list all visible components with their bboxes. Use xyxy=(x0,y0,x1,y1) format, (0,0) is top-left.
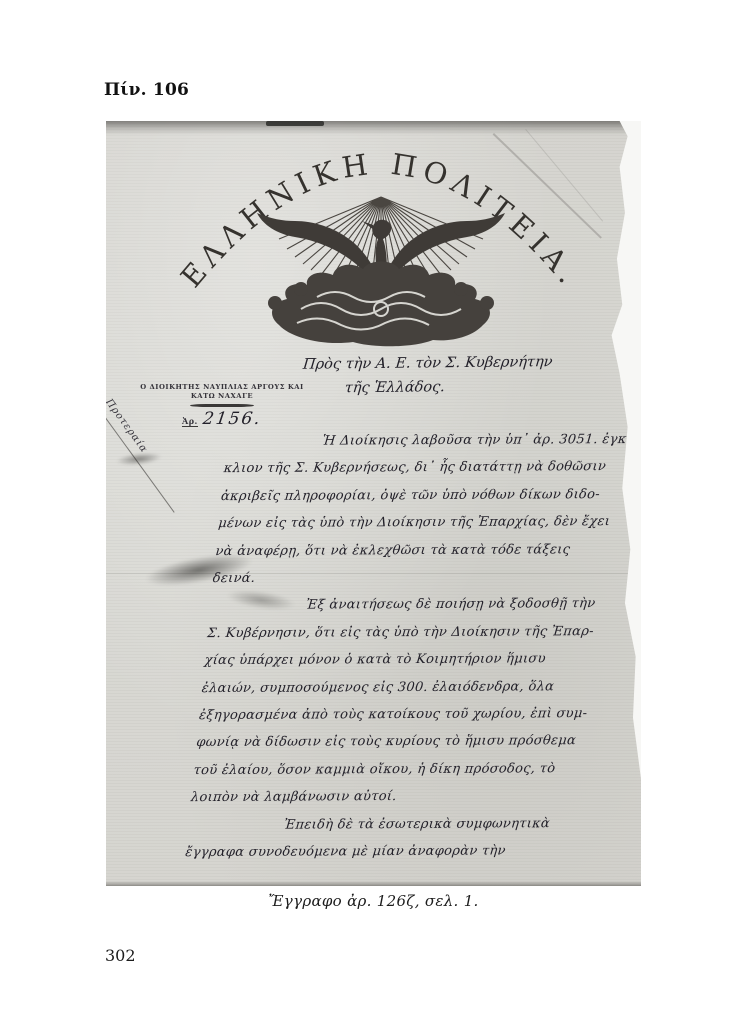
handwritten-line: ἐλαιών, συμποσούμενος εἰς 300. ἐλαιόδενδ… xyxy=(200,673,635,703)
handwritten-line: Ἡ Διοίκησις λαβοῦσα τὴν ὑπ᾽ ἀρ. 3051. ἐγ… xyxy=(225,426,641,456)
handwritten-line: ἀκριβεῖς πληροφορίαι, ὀψὲ τῶν ὑπὸ νόθων … xyxy=(220,481,641,511)
handwritten-line: νὰ ἀναφέρῃ, ὅτι νὰ ἐκλεχθῶσι τὰ κατὰ τόδ… xyxy=(214,535,641,565)
stamp-rule xyxy=(190,404,254,407)
handwritten-line: μένων εἰς τὰς ὑπὸ τὴν Διοίκησιν τῆς Ἐπαρ… xyxy=(217,508,641,538)
handwritten-line: λοιπὸν νὰ λαμβάνωσιν αὐτοί. xyxy=(189,782,624,812)
address-line: Πρὸς τὴν Α. Ε. τὸν Σ. Κυβερνήτην xyxy=(302,349,635,376)
document-photograph: ΕΛΛΗΝΙΚΗ ΠΟΛΙΤΕΙΑ. xyxy=(106,121,641,886)
handwritten-line: τοῦ ἐλαίου, ὅσον καμμιὰ οἴκου, ἡ δίκη πρ… xyxy=(192,755,627,785)
stamp-line2: ΚΑΤΩ ΝΑΧΑΓΕ xyxy=(124,392,320,401)
administrator-stamp: Ο ΔΙΟΙΚΗΤΗΣ ΝΑΥΠΛΙΑΣ ΑΡΓΟΥΣ ΚΑΙ ΚΑΤΩ ΝΑΧ… xyxy=(124,383,320,429)
address-block: Πρὸς τὴν Α. Ε. τὸν Σ. Κυβερνήτην τῆς Ἑλλ… xyxy=(300,349,635,400)
aged-paper: ΕΛΛΗΝΙΚΗ ΠΟΛΙΤΕΙΑ. xyxy=(106,121,641,886)
handwritten-line: χίας ὑπάρχει μόνον ὁ κατὰ τὸ Κοιμητήριον… xyxy=(203,645,638,675)
handwritten-line: δεινά. xyxy=(211,563,641,593)
handwritten-body: Ἡ Διοίκησις λαβοῦσα τὴν ὑπ᾽ ἀρ. 3051. ἐγ… xyxy=(184,426,641,867)
handwritten-line: ἐξηγορασμένα ἀπὸ τοὺς κατοίκους τοῦ χωρί… xyxy=(198,700,633,730)
figure-caption: Ἔγγραφο ἀρ. 126ζ, σελ. 1. xyxy=(106,892,641,910)
page-number: 302 xyxy=(105,946,136,965)
protocol-number-value: 2156. xyxy=(202,409,263,429)
stamp-line1: Ο ΔΙΟΙΚΗΤΗΣ ΝΑΥΠΛΙΑΣ ΑΡΓΟΥΣ ΚΑΙ xyxy=(124,383,320,392)
handwritten-line: Ἐξ ἀναιτήσεως δὲ ποιήσῃ νὰ ξοδοσθῇ τὴν xyxy=(209,590,641,620)
flames-icon xyxy=(268,262,494,347)
handwritten-line: ἔγγραφα συνοδευόμενα μὲ μίαν ἀναφορὰν τὴ… xyxy=(184,837,619,867)
address-line: τῆς Ἑλλάδος. xyxy=(344,373,633,400)
handwritten-line: φωνίᾳ νὰ δίδωσιν εἰς τοὺς κυρίους τὸ ἥμι… xyxy=(195,727,630,757)
handwritten-line: Ἐπειδὴ δὲ τὰ ἐσωτερικὰ συμφωνητικὰ xyxy=(187,810,622,840)
protocol-number-label: Ἀρ. xyxy=(182,416,198,427)
handwritten-line: Σ. Κυβέρνησιν, ὅτι εἰς τὰς ὑπὸ τὴν Διοίκ… xyxy=(206,618,641,648)
plate-label: Πίν. 106 xyxy=(104,80,189,100)
paper-top-ink-mark xyxy=(266,121,324,126)
handwritten-line: κλιον τῆς Σ. Κυβερνήσεως, δι᾽ ἧς διατάττ… xyxy=(222,453,641,483)
